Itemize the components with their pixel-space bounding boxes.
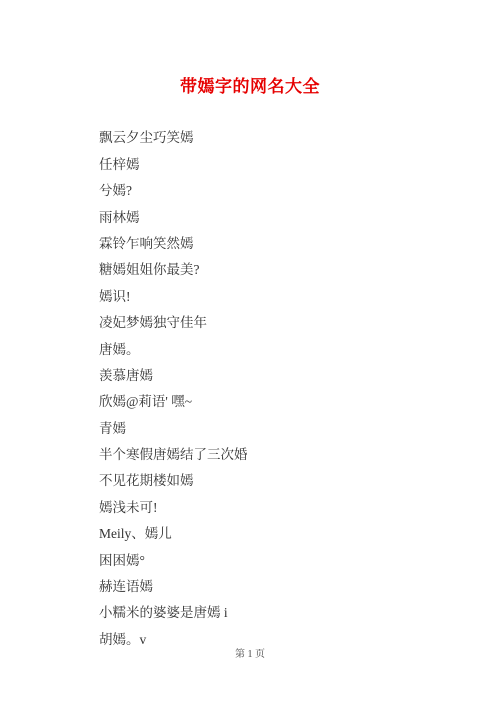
- list-item: Meily、嫣儿: [99, 527, 500, 553]
- list-item: 羡慕唐嫣: [99, 369, 500, 395]
- list-item: 嫣浅未可!: [99, 501, 500, 527]
- list-item: 青嫣: [99, 422, 500, 448]
- list-item: 霖铃乍响笑然嫣: [99, 237, 500, 263]
- name-list: 飘云夕尘巧笑嫣 任梓嫣 兮嫣? 雨林嫣 霖铃乍响笑然嫣 糖嫣姐姐你最美? 嫣识!…: [0, 131, 500, 659]
- list-item: 雨林嫣: [99, 211, 500, 237]
- list-item: 半个寒假唐嫣结了三次婚: [99, 448, 500, 474]
- list-item: 飘云夕尘巧笑嫣: [99, 131, 500, 157]
- list-item: 不见花期楼如嫣: [99, 474, 500, 500]
- list-item: 唐嫣。: [99, 343, 500, 369]
- page-title: 带嫣字的网名大全: [0, 11, 500, 97]
- page-number: 第 1 页: [0, 645, 500, 660]
- list-item: 任梓嫣: [99, 158, 500, 184]
- list-item: 凌妃梦嫣独守佳年: [99, 316, 500, 342]
- list-item: 兮嫣?: [99, 184, 500, 210]
- list-item: 小糯米的婆婆是唐嫣 i: [99, 606, 500, 632]
- list-item: 赫连语嫣: [99, 580, 500, 606]
- list-item: 嫣识!: [99, 290, 500, 316]
- list-item: 糖嫣姐姐你最美?: [99, 263, 500, 289]
- list-item: 困困嫣°: [99, 554, 500, 580]
- document-page: 带嫣字的网名大全 飘云夕尘巧笑嫣 任梓嫣 兮嫣? 雨林嫣 霖铃乍响笑然嫣 糖嫣姐…: [0, 0, 500, 708]
- list-item: 欣嫣@莉语' 嘿~: [99, 395, 500, 421]
